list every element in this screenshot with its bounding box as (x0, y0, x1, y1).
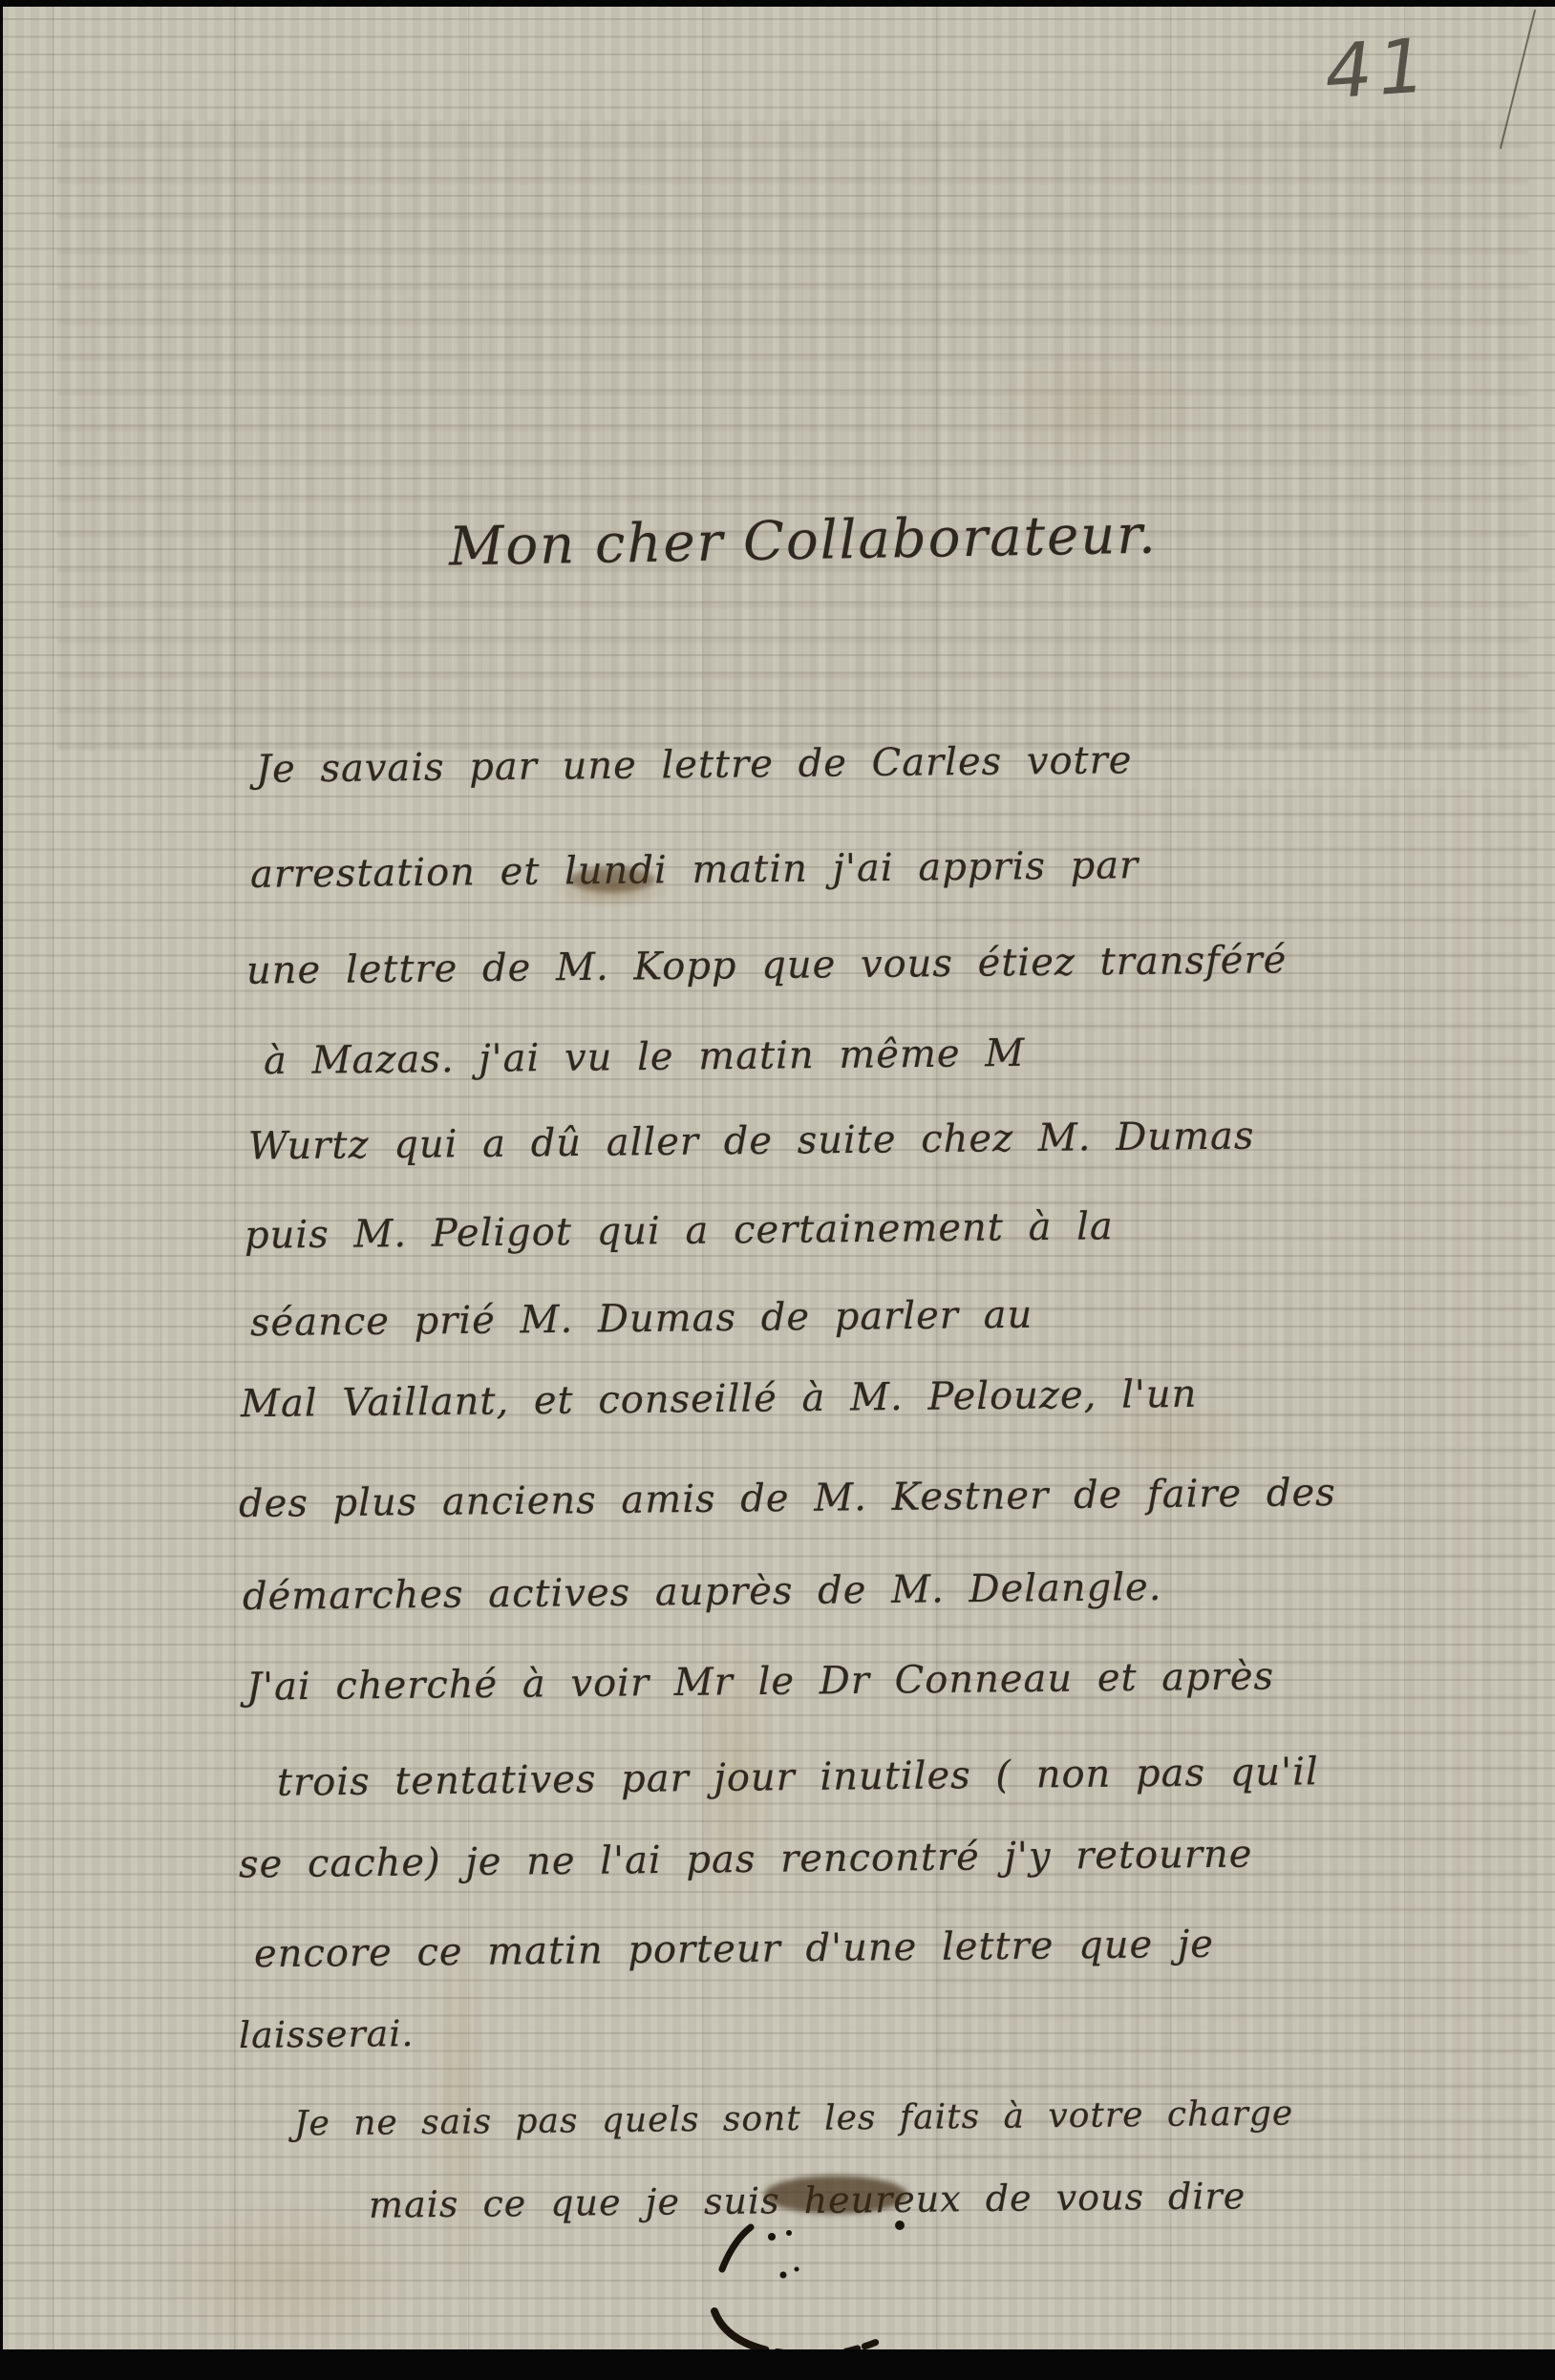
salutation: Mon cher Collaborateur. (448, 504, 1158, 579)
scan-edge (0, 0, 3, 2380)
letter-line: Je savais par une lettre de Carles votre (256, 738, 1133, 792)
ink-smear (764, 2176, 907, 2214)
scan-edge (0, 2349, 1555, 2380)
ink-smear (569, 867, 655, 892)
letter-line: arrestation et lundi matin j'ai appris p… (250, 843, 1140, 897)
paper-crease (53, 6, 55, 2353)
scan-edge (0, 0, 1555, 7)
paper-sheet: 41 Mon cher Collaborateur. Je savais par… (0, 6, 1555, 2353)
letter-line: laisserai. (239, 2012, 415, 2056)
letter-line: puis M. Peligot qui a certainement à la (245, 1204, 1114, 1258)
letter-line: à Mazas. j'ai vu le matin même M (264, 1031, 1026, 1083)
letter-scan: 41 Mon cher Collaborateur. Je savais par… (0, 0, 1555, 2380)
letter-line: séance prié M. Dumas de parler au (250, 1293, 1033, 1346)
ink-bleedthrough (57, 120, 1528, 751)
